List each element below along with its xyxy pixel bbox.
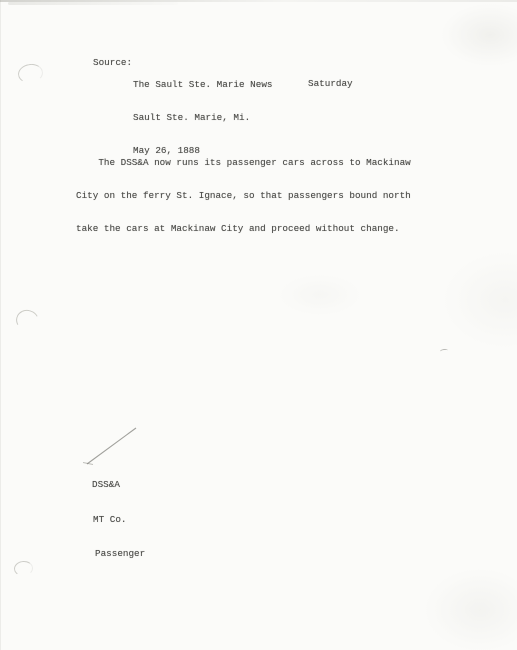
source-label: Source: xyxy=(93,57,132,68)
article-paragraph: The DSS&A now runs its passenger cars ac… xyxy=(76,135,411,256)
index-line-company: MT Co. xyxy=(92,514,145,526)
scanned-document-page: Source: The Sault Ste. Marie News Sault … xyxy=(0,0,517,650)
article-line-2: City on the ferry St. Ignace, so that pa… xyxy=(76,190,411,201)
weekday-label: Saturday xyxy=(308,78,353,89)
scan-left-edge-shadow xyxy=(0,0,1,650)
article-line-3: take the cars at Mackinaw City and proce… xyxy=(76,223,411,234)
punch-hole-mark-top xyxy=(17,62,44,84)
index-line-category: Passenger xyxy=(92,548,145,560)
scan-top-smudge xyxy=(8,2,178,5)
publication-name: The Sault Ste. Marie News xyxy=(133,79,272,90)
punch-hole-mark-middle xyxy=(13,307,41,334)
scan-speck xyxy=(440,348,448,353)
index-line-railroad: DSS&A xyxy=(92,479,145,491)
publication-location: Sault Ste. Marie, Mi. xyxy=(133,112,272,123)
article-line-1: The DSS&A now runs its passenger cars ac… xyxy=(76,157,411,168)
punch-hole-mark-bottom xyxy=(13,560,33,577)
index-notes-block: DSS&A MT Co. Passenger xyxy=(92,456,145,583)
